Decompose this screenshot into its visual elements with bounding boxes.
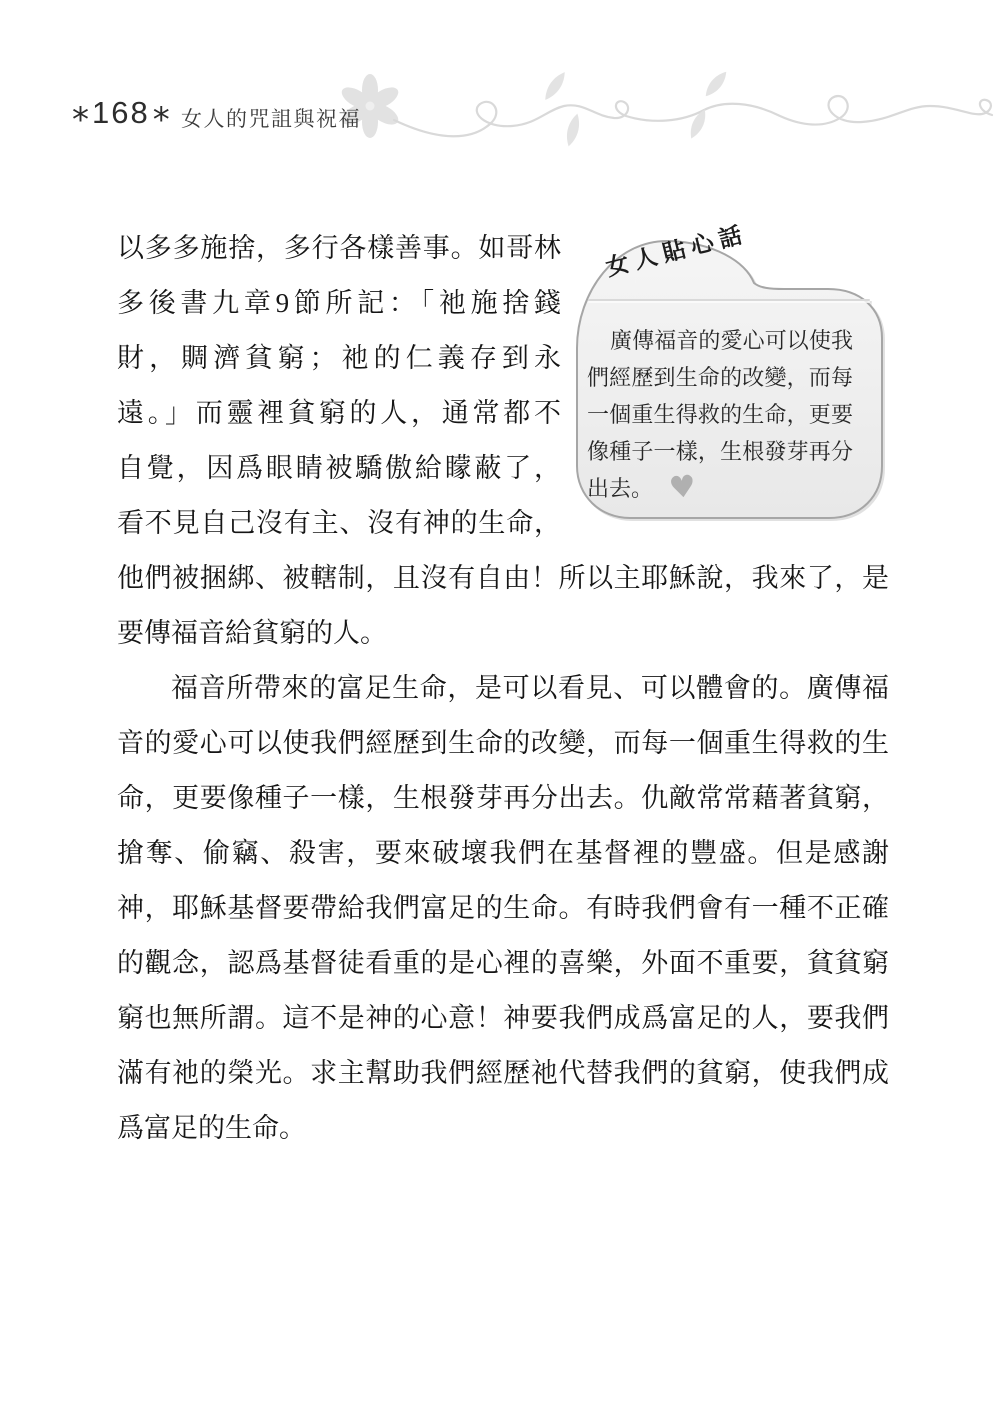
star-ornament-icon: * [72, 103, 89, 137]
leaf-icon [541, 69, 569, 103]
callout-line: 出去。♥ [587, 470, 853, 507]
text-line: 看不見自己沒有主、沒有神的生命， [117, 496, 561, 551]
text-line: 要傳福音給貧窮的人。 [117, 606, 889, 661]
text-line: 音的愛心可以使我們經歷到生命的改變，而每一個重生得救的生 [117, 716, 889, 771]
text-line: 自覺，因爲眼睛被驕傲給矇蔽了， [117, 441, 561, 496]
book-page: * 168 * 女人的咒詛與祝福 以多多施捨， [0, 0, 1000, 1402]
text-line: 滿有祂的榮光。求主幫助我們經歷祂代替我們的貧窮，使我們成 [117, 1046, 889, 1101]
text-line: 福音所帶來的富足生命，是可以看見、可以體會的。廣傳福 [117, 661, 889, 716]
text-line: 以多多施捨，多行各樣善事。如哥林 [117, 221, 561, 276]
text-line: 的觀念，認爲基督徒看重的是心裡的喜樂，外面不重要，貧貧窮 [117, 936, 889, 991]
callout-line: 廣傳福音的愛心可以使我 [587, 322, 853, 359]
leaf-icons [541, 68, 730, 147]
text-line: 財，賙濟貧窮；祂的仁義存到永 [117, 331, 561, 386]
separator-highlight [588, 301, 870, 303]
star-ornament-icon: * [153, 103, 170, 137]
callout-line: 像種子一樣，生根發芽再分 [587, 433, 853, 470]
heart-icon: ♥ [652, 472, 698, 506]
callout-line: 一個重生得救的生命，更要 [587, 396, 853, 433]
book-title: 女人的咒詛與祝福 [181, 103, 361, 133]
callout-line-text: 出去。 [587, 476, 653, 501]
text-line: 命，更要像種子一樣，生根發芽再分出去。仇敵常常藉著貧窮， [117, 771, 889, 826]
tip-callout: 女人貼心話 廣傳福音的愛心可以使我 們經歷到生命的改變，而每 一個重生得救的生命… [574, 238, 886, 524]
page-number: * 168 * [72, 96, 170, 130]
leaf-icon [702, 68, 731, 99]
text-line: 神，耶穌基督要帶給我們富足的生命。有時我們會有一種不正確 [117, 881, 889, 936]
text-line: 遠。」而靈裡貧窮的人，通常都不 [117, 386, 561, 441]
text-line: 爲富足的生命。 [117, 1101, 889, 1156]
callout-body: 廣傳福音的愛心可以使我 們經歷到生命的改變，而每 一個重生得救的生命，更要 像種… [587, 322, 855, 507]
callout-line: 們經歷到生命的改變，而每 [587, 359, 853, 396]
text-line: 他們被捆綁、被轄制，且沒有自由！所以主耶穌說，我來了，是 [117, 551, 889, 606]
leaf-icon [564, 112, 583, 148]
text-line: 搶奪、偷竊、殺害，要來破壞我們在基督裡的豐盛。但是感謝 [117, 826, 889, 881]
separator-line [588, 299, 870, 301]
page-number-value: 168 [92, 96, 150, 130]
text-line: 窮也無所謂。這不是神的心意！神要我們成爲富足的人，要我們 [117, 991, 889, 1046]
flower-vine-decoration-icon [330, 58, 1000, 182]
text-line: 多後書九章9節所記：「祂施捨錢 [117, 276, 561, 331]
